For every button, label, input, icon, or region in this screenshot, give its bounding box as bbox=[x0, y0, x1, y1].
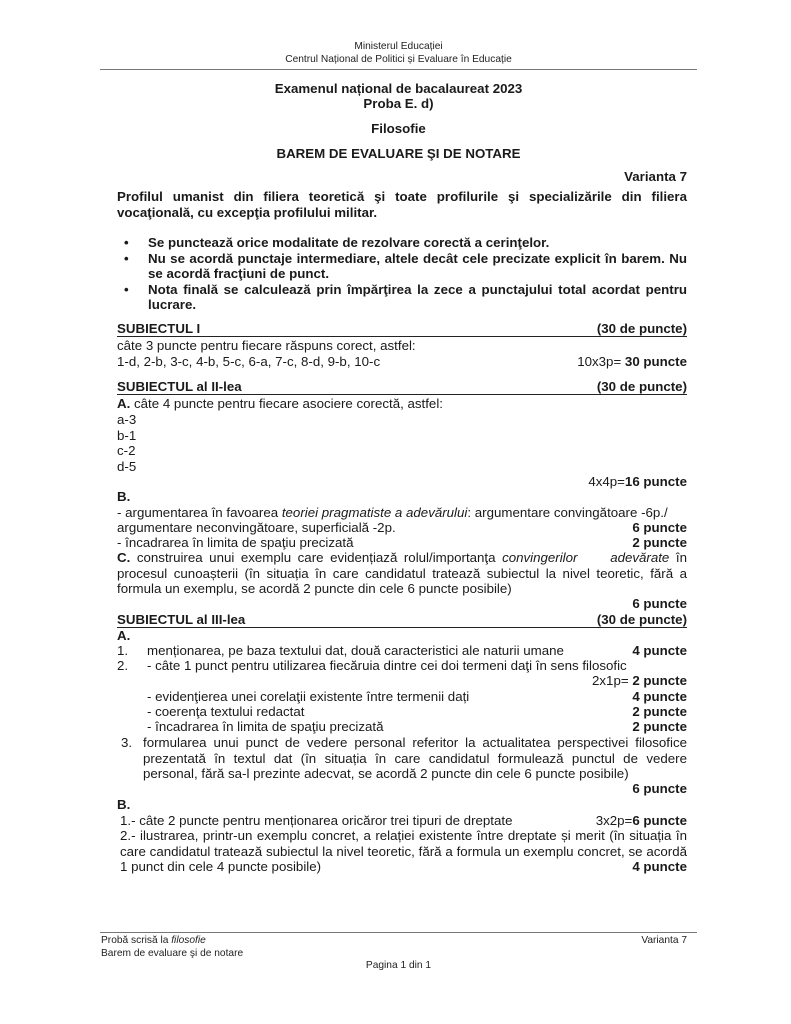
footer-variant: Varianta 7 bbox=[641, 935, 687, 948]
section-header-subiect-2: SUBIECTUL al II-lea (30 de puncte) bbox=[117, 379, 687, 395]
subiect2-b-arg-line2: argumentare neconvingătoare, superficial… bbox=[117, 520, 687, 536]
footer-left: Probă scrisă la filosofie Barem de evalu… bbox=[101, 935, 243, 960]
subiect2-b-space-score: 2 puncte bbox=[632, 535, 687, 551]
subiect2-c-score: 6 puncte bbox=[632, 596, 687, 612]
section-points: (30 de puncte) bbox=[597, 379, 687, 395]
subiect3-a-label: A. bbox=[117, 628, 687, 644]
subiect1-score: 10x3p= 30 puncte bbox=[577, 354, 687, 370]
subiect1-answers: 1-d, 2-b, 3-c, 4-b, 5-c, 6-a, 7-c, 8-d, … bbox=[117, 354, 380, 369]
rule-item: •Nu se acordă punctaje intermediare, alt… bbox=[117, 251, 687, 282]
subiect3-a-item3: 3. formularea unui punct de vedere perso… bbox=[117, 735, 687, 782]
subiect2-b-arg-score: 6 puncte bbox=[632, 520, 687, 536]
title-block: Examenul național de bacalaureat 2023 Pr… bbox=[100, 81, 697, 161]
subiect3-b-item1: 1.- câte 2 puncte pentru menționarea ori… bbox=[120, 813, 687, 829]
subiect2-b-label: B. bbox=[117, 489, 687, 505]
center-name: Centrul Național de Politici și Evaluare… bbox=[100, 54, 697, 67]
subject-title: Filosofie bbox=[100, 121, 697, 136]
subiect2-c-text: C. construirea unui exemplu care evidenț… bbox=[117, 550, 687, 597]
subiect1-answers-row: 1-d, 2-b, 3-c, 4-b, 5-c, 6-a, 7-c, 8-d, … bbox=[117, 354, 687, 370]
variant-label: Varianta 7 bbox=[624, 169, 687, 185]
rules-list: •Se punctează orice modalitate de rezolv… bbox=[117, 235, 687, 313]
pair-item: b-1 bbox=[117, 428, 687, 444]
subiect3-b-item2: 2.- ilustrarea, printr-un exemplu concre… bbox=[120, 828, 687, 875]
subiect2-a-score: 4x4p=16 puncte bbox=[588, 474, 687, 490]
section-title: SUBIECTUL al II-lea bbox=[117, 379, 242, 394]
section-title: SUBIECTUL al III-lea bbox=[117, 612, 245, 627]
ministry-name: Ministerul Educației bbox=[100, 41, 697, 54]
section-points: (30 de puncte) bbox=[597, 321, 687, 337]
subiect2-b-arg-line1: - argumentarea în favoarea teoriei pragm… bbox=[117, 505, 687, 521]
pair-item: c-2 bbox=[117, 443, 687, 459]
section-title: SUBIECTUL I bbox=[117, 321, 200, 336]
section-points: (30 de puncte) bbox=[597, 612, 687, 628]
subiect2-b-space: - încadrarea în limita de spaţiu preciza… bbox=[117, 535, 687, 551]
exam-title: Examenul național de bacalaureat 2023 bbox=[100, 81, 697, 96]
profile-text: Profilul umanist din filiera teoretică ş… bbox=[117, 189, 687, 220]
exam-proba: Proba E. d) bbox=[100, 96, 697, 111]
pair-item: a-3 bbox=[117, 412, 687, 428]
document-type: BAREM DE EVALUARE ŞI DE NOTARE bbox=[100, 146, 697, 161]
subiect2-a-intro: A. câte 4 puncte pentru fiecare asociere… bbox=[117, 396, 687, 412]
section-header-subiect-1: SUBIECTUL I (30 de puncte) bbox=[117, 321, 687, 337]
subiect3-b-label: B. bbox=[117, 797, 687, 813]
header-divider bbox=[100, 69, 697, 70]
pair-item: d-5 bbox=[117, 459, 687, 475]
page-header: Ministerul Educației Centrul Național de… bbox=[100, 41, 697, 66]
subiect1-intro: câte 3 puncte pentru fiecare răspuns cor… bbox=[117, 338, 687, 354]
footer-divider bbox=[100, 932, 697, 933]
rule-item: •Se punctează orice modalitate de rezolv… bbox=[117, 235, 687, 251]
document-page: Ministerul Educației Centrul Național de… bbox=[0, 0, 791, 1024]
rule-item: •Nota finală se calculează prin împărţir… bbox=[117, 282, 687, 313]
page-number: Pagina 1 din 1 bbox=[100, 960, 697, 973]
section-header-subiect-3: SUBIECTUL al III-lea (30 de puncte) bbox=[117, 612, 687, 628]
